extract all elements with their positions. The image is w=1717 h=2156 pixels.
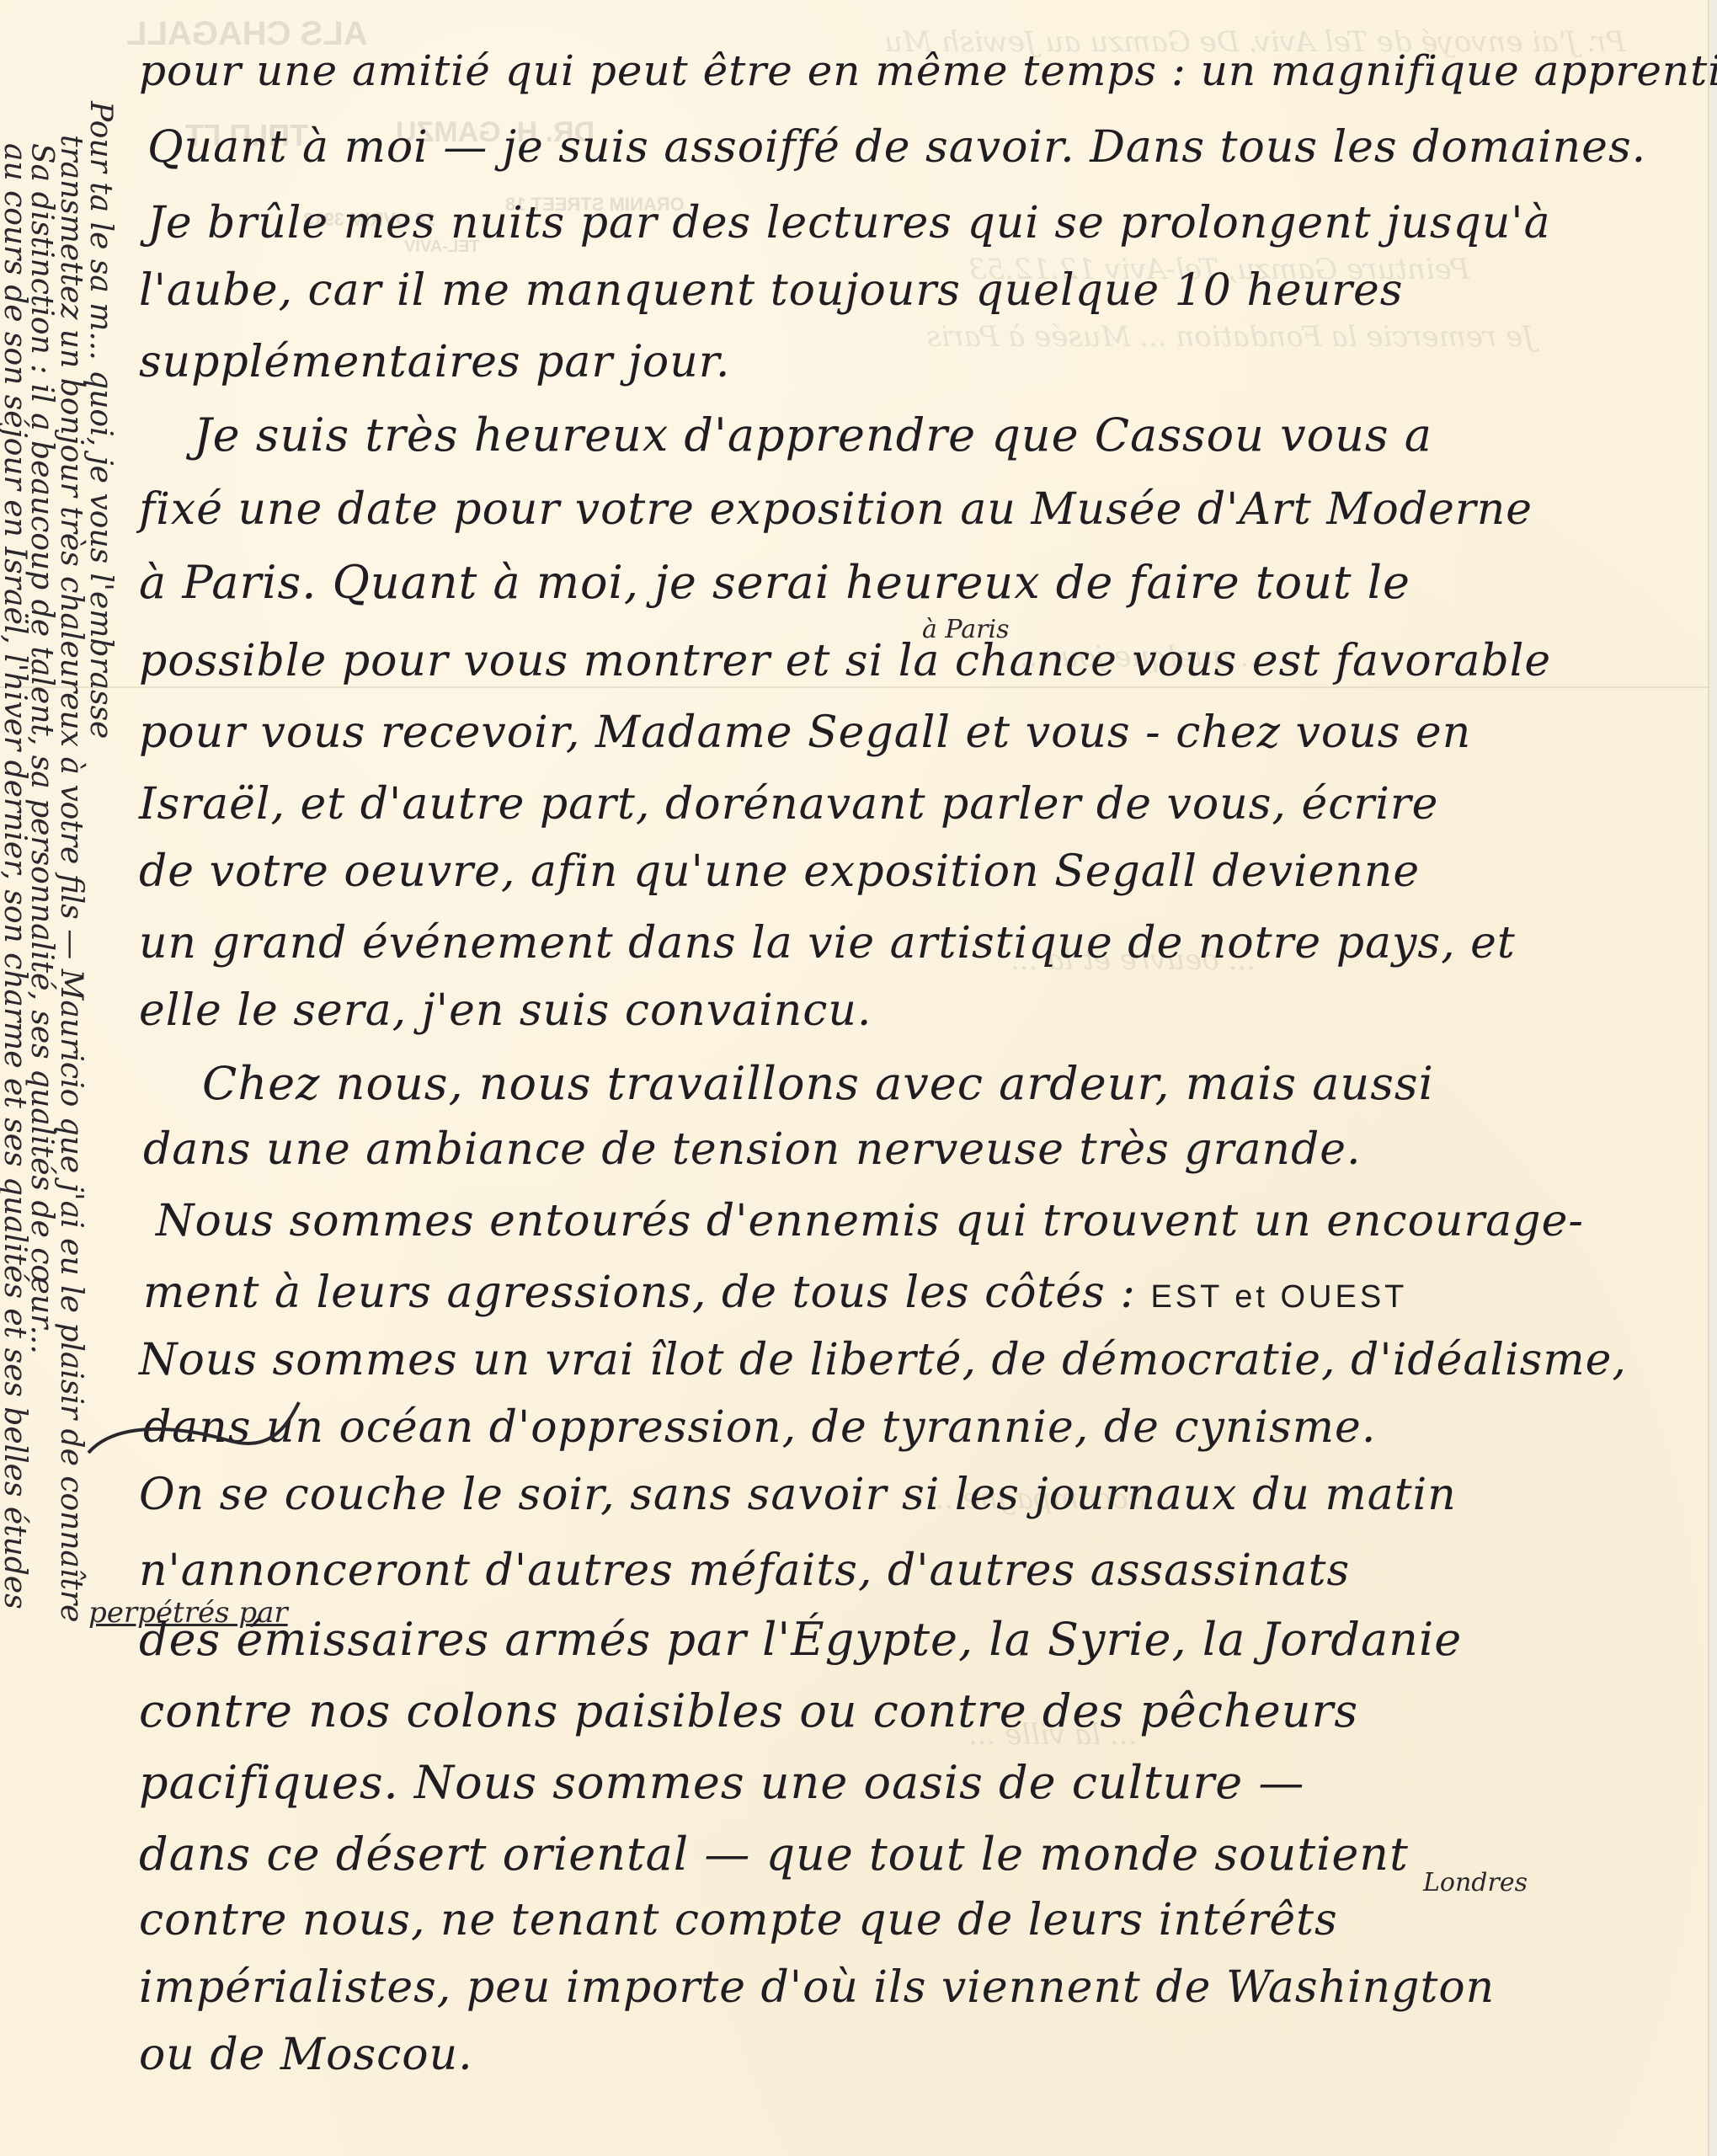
body-line: Chez nous, nous travaillons avec ardeur,… — [202, 1057, 1434, 1110]
body-line: contre nous, ne tenant compte que de leu… — [139, 1895, 1338, 1945]
body-line: un grand événement dans la vie artistiqu… — [139, 918, 1516, 969]
body-line: contre nos colons paisibles ou contre de… — [139, 1684, 1358, 1737]
body-line: impérialistes, peu importe d'où ils vien… — [139, 1962, 1495, 2013]
body-line: pacifiques. Nous sommes une oasis de cul… — [139, 1756, 1304, 1809]
insert-londres: Londres — [1423, 1868, 1528, 1897]
body-line: dans un océan d'oppression, de tyrannie,… — [143, 1402, 1376, 1453]
caps-est-ouest: EST et OUEST — [1150, 1279, 1407, 1315]
paper-fold — [0, 686, 1709, 688]
body-line: de votre oeuvre, afin qu'une exposition … — [139, 846, 1420, 897]
body-line: des émissaires armés par l'Égypte, la Sy… — [139, 1613, 1462, 1666]
body-line: Je suis très heureux d'apprendre que Cas… — [194, 408, 1432, 462]
body-line: fixé une date pour votre exposition au M… — [139, 484, 1533, 535]
margin-note-4: au cours de son séjour en Israël, l'hive… — [0, 143, 32, 1609]
body-line: On se couche le soir, sans savoir si les… — [139, 1470, 1457, 1520]
bleed-script: Je remercie la Fondation ... Musée à Par… — [926, 320, 1534, 354]
body-line: ou de Moscou. — [139, 2030, 473, 2080]
body-line: pour vous recevoir, Madame Segall et vou… — [139, 707, 1471, 758]
body-line: pour une amitié qui peut être en même te… — [139, 46, 1717, 95]
body-line: supplémentaires par jour. — [139, 337, 730, 387]
page-edge — [1709, 0, 1717, 2156]
body-line: à Paris. Quant à moi, je serai heureux d… — [139, 556, 1410, 609]
body-line: l'aube, car il me manquent toujours quel… — [139, 265, 1403, 316]
body-line: Quant à moi — je suis assoiffé de savoir… — [147, 122, 1646, 173]
insertion-curve-mark — [84, 1394, 303, 1461]
body-line: Israël, et d'autre part, dorénavant parl… — [139, 779, 1438, 830]
body-line: ment à leurs agressions, de tous les côt… — [143, 1267, 1407, 1318]
body-line: Nous sommes un vrai îlot de liberté, de … — [139, 1335, 1627, 1385]
body-line: possible pour vous montrer et si la chan… — [139, 636, 1551, 686]
body-line: n'annonceront d'autres méfaits, d'autres… — [139, 1545, 1350, 1596]
margin-note-1: Pour ta le sa m... quoi, je vous l'embra… — [83, 101, 118, 739]
body-line: Je brûle mes nuits par des lectures qui … — [147, 198, 1551, 248]
body-line: Nous sommes entourés d'ennemis qui trouv… — [156, 1196, 1584, 1246]
body-line: dans ce désert oriental — que tout le mo… — [139, 1828, 1409, 1881]
body-line-text: ment à leurs agressions, de tous les côt… — [143, 1267, 1136, 1318]
margin-note-2: transmettez un bonjour très chaleureux à… — [54, 135, 88, 1622]
body-line: elle le sera, j'en suis convaincu. — [139, 985, 872, 1036]
body-line: dans une ambiance de tension nerveuse tr… — [143, 1124, 1362, 1175]
